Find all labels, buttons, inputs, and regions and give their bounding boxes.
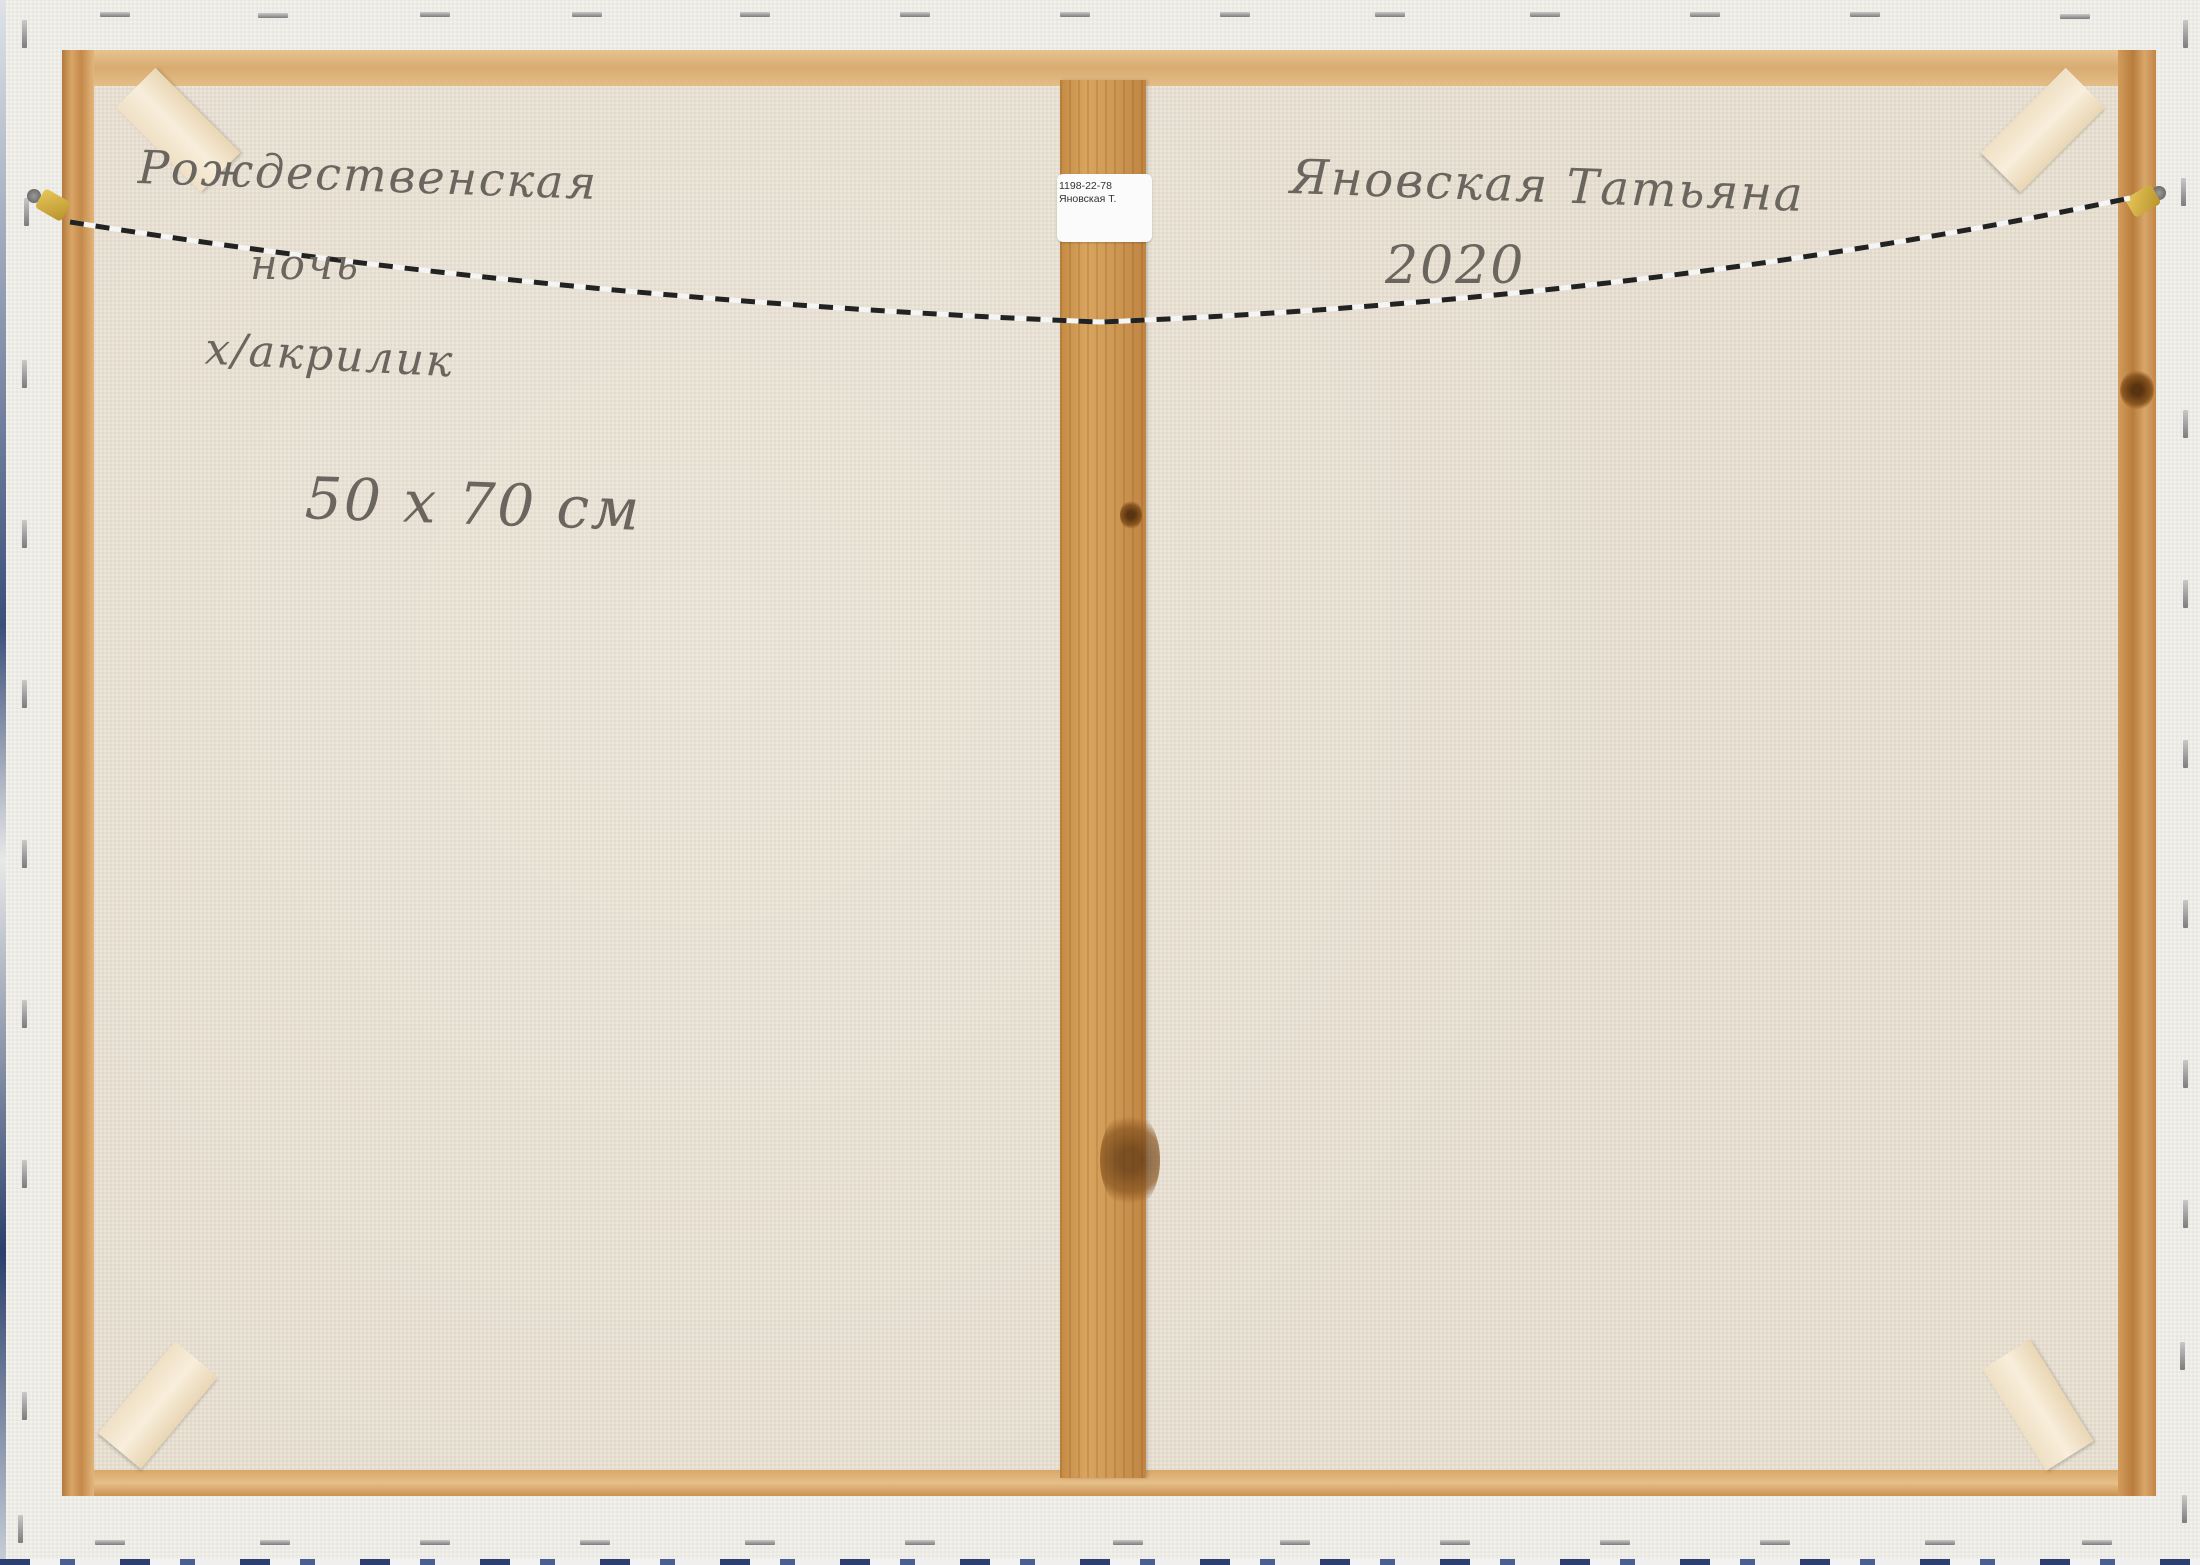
inventory-label: 1198-22-78 Яновская Т. [1057, 174, 1152, 242]
year-inscription: 2020 [1385, 236, 1525, 296]
inventory-name: Яновская Т. [1057, 193, 1152, 206]
title-inscription-line2: ночь [250, 240, 360, 289]
inventory-number: 1198-22-78 [1057, 180, 1152, 193]
dimensions-inscription: 50 x 70 см [304, 464, 642, 544]
